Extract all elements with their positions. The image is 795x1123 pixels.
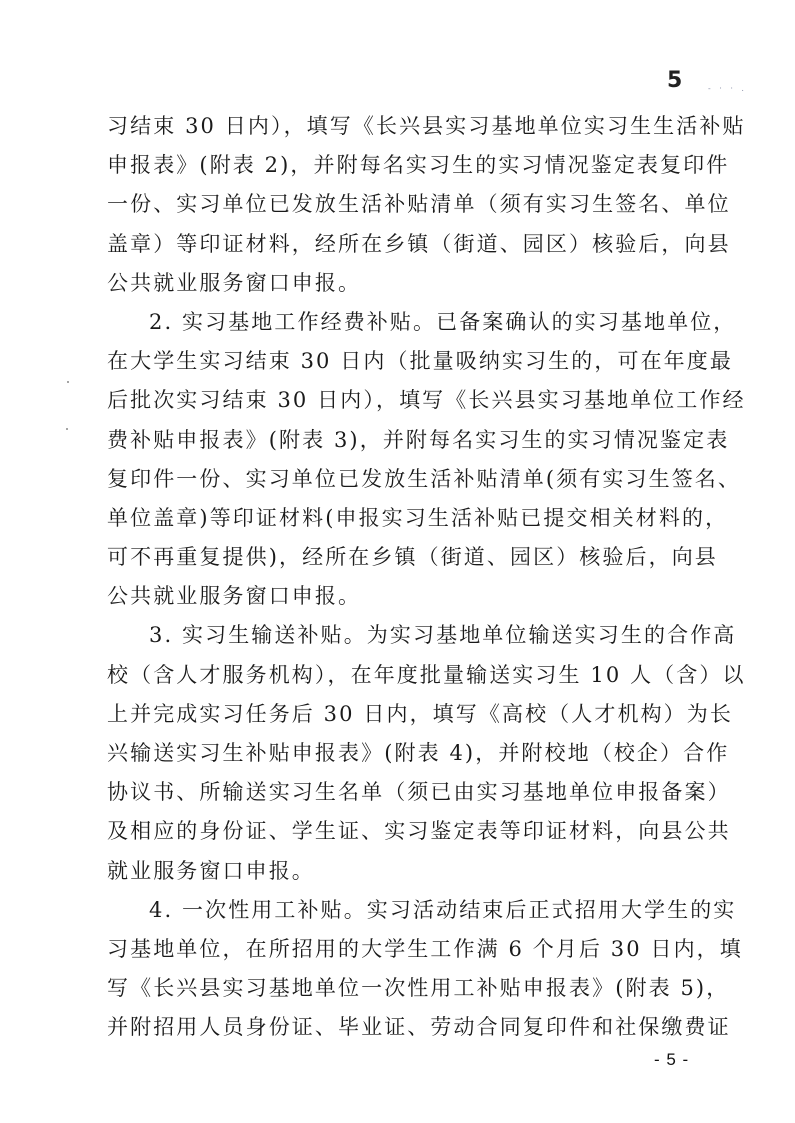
paragraph-line: 校（含人才服务机构），在年度批量输送实习生 10 人（含）以 — [107, 656, 692, 695]
document-page: 5 - · · . 习结束 30 日内），填写《长兴县实习基地单位实习生生活补贴… — [0, 0, 795, 1123]
scan-speck — [66, 428, 68, 430]
paragraph-line: 公共就业服务窗口申报。 — [107, 264, 692, 303]
paragraph-line: 单位盖章)等印证材料(申报实习生活补贴已提交相关材料的， — [107, 499, 692, 538]
paragraph-line: 及相应的身份证、学生证、实习鉴定表等印证材料，向县公共 — [107, 812, 692, 851]
paragraph-line: 习基地单位，在所招用的大学生工作满 6 个月后 30 日内，填 — [107, 930, 692, 969]
section-heading-line: 2. 实习基地工作经费补贴。已备案确认的实习基地单位， — [107, 303, 692, 342]
scan-specks: - · · . — [708, 84, 747, 93]
page-corner-mark: 5 — [667, 68, 682, 93]
paragraph-line: 申报表》(附表 2)，并附每名实习生的实习情况鉴定表复印件 — [107, 146, 692, 185]
scan-speck — [67, 381, 69, 383]
paragraph-line: 兴输送实习生补贴申报表》(附表 4)，并附校地（校企）合作 — [107, 734, 692, 773]
section-heading-line: 4. 一次性用工补贴。实习活动结束后正式招用大学生的实 — [107, 891, 692, 930]
paragraph-line: 可不再重复提供)，经所在乡镇（街道、园区）核验后，向县 — [107, 538, 692, 577]
paragraph-line: 费补贴申报表》(附表 3)，并附每名实习生的实习情况鉴定表 — [107, 421, 692, 460]
paragraph-line: 复印件一份、实习单位已发放生活补贴清单(须有实习生签名、 — [107, 460, 692, 499]
page-number: - 5 - — [654, 1050, 689, 1070]
paragraph-line: 公共就业服务窗口申报。 — [107, 577, 692, 616]
paragraph-line: 并附招用人员身份证、毕业证、劳动合同复印件和社保缴费证 — [107, 1008, 692, 1047]
body-text: 习结束 30 日内），填写《长兴县实习基地单位实习生生活补贴 申报表》(附表 2… — [107, 107, 692, 1048]
paragraph-line: 协议书、所输送实习生名单（须已由实习基地单位申报备案） — [107, 773, 692, 812]
paragraph-line: 一份、实习单位已发放生活补贴清单（须有实习生签名、单位 — [107, 185, 692, 224]
section-heading-line: 3. 实习生输送补贴。为实习基地单位输送实习生的合作高 — [107, 616, 692, 655]
paragraph-line: 上并完成实习任务后 30 日内，填写《高校（人才机构）为长 — [107, 695, 692, 734]
paragraph-line: 就业服务窗口申报。 — [107, 852, 692, 891]
paragraph-line: 写《长兴县实习基地单位一次性用工补贴申报表》(附表 5)， — [107, 969, 692, 1008]
paragraph-line: 后批次实习结束 30 日内），填写《长兴县实习基地单位工作经 — [107, 381, 692, 420]
paragraph-line: 习结束 30 日内），填写《长兴县实习基地单位实习生生活补贴 — [107, 107, 692, 146]
paragraph-line: 盖章）等印证材料，经所在乡镇（街道、园区）核验后，向县 — [107, 225, 692, 264]
paragraph-line: 在大学生实习结束 30 日内（批量吸纳实习生的，可在年度最 — [107, 342, 692, 381]
